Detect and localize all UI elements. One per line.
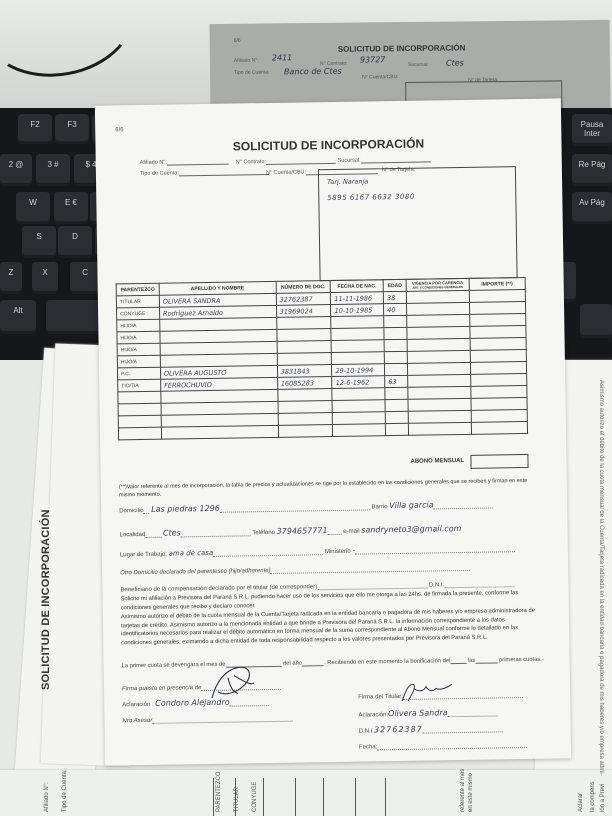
cell-doc[interactable] xyxy=(278,413,333,426)
bonus-field[interactable] xyxy=(450,657,466,664)
cell-vig[interactable] xyxy=(407,302,470,315)
cell-age[interactable] xyxy=(384,339,407,351)
first-fee-suffix: primeras cuotas.- xyxy=(499,657,544,664)
col-numero-doc: NÚMERO DE DOC. xyxy=(276,281,331,294)
titular-dni-label: D.N.I. xyxy=(359,728,374,734)
key xyxy=(46,300,102,334)
trabajo-label: Lugar de Trabajo: xyxy=(120,552,167,559)
key: Alt xyxy=(0,300,36,334)
side-text-right: Asimismo autorizo el débito de la cuota … xyxy=(598,380,604,776)
card-type-value: Tarj. Naranja xyxy=(327,177,368,186)
bg-sucursal-value: Ctes xyxy=(446,58,464,67)
sucursal-label: Sucursal: xyxy=(338,158,361,164)
trabajo-value[interactable]: ama de casa xyxy=(169,549,214,558)
cell-vig[interactable] xyxy=(408,374,471,387)
witness-aclaracion-label: Aclaración : xyxy=(122,702,153,708)
trabajo-row: Lugar de Trabajo: ama de casa Ministerio… xyxy=(120,543,535,559)
telefono-value[interactable]: 3794657771 xyxy=(277,526,328,536)
asesor-field[interactable]: Nro Asesor xyxy=(122,715,292,725)
bg-afiliado-value: 2411 xyxy=(272,53,292,62)
cell-birth[interactable] xyxy=(332,352,385,365)
side-form-title: SOLICITUD DE INCORPORACIÓN xyxy=(40,509,52,690)
beneficiario-dni-label: D.N.I. xyxy=(429,582,444,588)
cell-doc[interactable] xyxy=(277,353,332,366)
bonus-text: Recibiendo en este momento la bonificaci… xyxy=(327,658,450,666)
key: F3 xyxy=(55,114,89,144)
bg-tipo-cuenta-label: Tipo de Cuenta: xyxy=(234,69,269,75)
cell-age[interactable] xyxy=(384,315,407,327)
key: 3 # xyxy=(36,154,70,186)
cell-rel: HIJO/A xyxy=(117,355,160,368)
side-text: TITULAR xyxy=(234,787,240,812)
cell-age[interactable] xyxy=(384,351,407,363)
cell-imp[interactable] xyxy=(470,325,526,338)
cell-age[interactable] xyxy=(385,363,408,375)
cell-rel: P.C. xyxy=(117,367,160,380)
card-number-box[interactable]: Tarj. Naranja 5895 6167 6632 3080 xyxy=(318,166,518,281)
abono-mensual-label: ABONO MENSUAL xyxy=(410,458,464,465)
cell-rel: HIJO/A xyxy=(117,343,160,356)
cell-birth[interactable] xyxy=(333,412,386,425)
incorporation-form: 6/6 SOLICITUD DE INCORPORACIÓN Afiliado … xyxy=(95,98,571,765)
cell-age[interactable] xyxy=(385,411,408,423)
key: Av Pág xyxy=(572,192,612,224)
titular-aclaracion-value: Olivera Sandra xyxy=(388,708,448,718)
barrio-label: Barrio xyxy=(371,504,387,510)
cell-imp[interactable] xyxy=(470,349,526,362)
cell-imp[interactable] xyxy=(470,373,526,386)
debit-authorization-paragraph: Asimismo autorizo el débito de la cuota … xyxy=(121,607,541,648)
cell-vig[interactable] xyxy=(407,338,470,351)
cell-vig[interactable] xyxy=(408,398,471,411)
form-title: SOLICITUD DE INCORPORACIÓN xyxy=(95,134,561,155)
cell-age[interactable]: 40 xyxy=(384,303,407,315)
domicilio-row: Domicilio Las piedras 1296 Barrio Villa … xyxy=(119,499,534,515)
col-edad: EDAD xyxy=(383,279,406,291)
page-number: 6/6 xyxy=(115,127,123,133)
key: 2 @ xyxy=(0,154,32,186)
titular-aclaracion-field[interactable]: Aclaración:Olivera Sandra xyxy=(358,707,497,718)
year-label: del año xyxy=(283,661,302,667)
cell-vig[interactable] xyxy=(407,326,470,339)
cell-doc[interactable] xyxy=(277,329,332,342)
cell-doc[interactable]: 3831843 xyxy=(277,365,332,378)
col-parentezco: PARENTEZCO xyxy=(116,283,159,296)
tipo-cuenta-label: Tipo de Cuenta: xyxy=(140,170,179,177)
key: Pausa Inter xyxy=(572,114,612,146)
key: Re Pág xyxy=(572,154,612,186)
barrio-value[interactable]: Villa garcia xyxy=(389,500,434,510)
side-text: la compens xyxy=(590,781,596,812)
card-number-value: 5895 6167 6632 3080 xyxy=(327,193,415,202)
key: E € xyxy=(54,192,88,224)
email-label: e-mail xyxy=(343,529,359,535)
side-text: en este mismo xyxy=(468,773,474,812)
cell-vig[interactable] xyxy=(408,386,471,399)
side-text: Tipo de Cuenta: xyxy=(62,770,68,812)
side-text: referente al mes xyxy=(460,769,466,812)
cell-imp[interactable] xyxy=(471,409,527,422)
year-field[interactable] xyxy=(302,659,324,666)
cell-birth[interactable] xyxy=(332,388,385,401)
cell-rel: TIO/TIA xyxy=(118,379,161,392)
cell-doc[interactable]: 32762387 xyxy=(276,293,331,306)
sucursal-field[interactable]: Sucursal: xyxy=(338,155,431,163)
otro-domicilio-row[interactable]: Otro Domicilio declarado del parentesco … xyxy=(120,563,535,577)
col-importe: IMPORTE (**) xyxy=(469,277,525,290)
titular-dni-field[interactable]: D.N.I.32762387 xyxy=(359,723,503,734)
bg-page-num: 6/6 xyxy=(234,38,241,44)
key: W xyxy=(16,192,50,224)
las-label: las xyxy=(468,658,476,664)
localidad-label: Localidad xyxy=(120,532,146,538)
titular-aclaracion-label: Aclaración: xyxy=(358,712,388,718)
cell-doc[interactable] xyxy=(278,401,333,414)
cell-doc[interactable]: 16085283 xyxy=(277,377,332,390)
cell-vig[interactable] xyxy=(406,290,469,303)
col-fecha-nac: FECHA DE NAC. xyxy=(331,280,384,293)
cell-birth[interactable] xyxy=(332,340,385,353)
bg-sucursal-label: Sucursal: xyxy=(408,62,429,68)
cell-rel: CONYUGE xyxy=(117,307,160,320)
key: X xyxy=(32,262,58,294)
members-table: PARENTEZCO APELLIDO Y NOMBRE NÚMERO DE D… xyxy=(116,277,528,440)
afiliado-label: Afiliado N°: xyxy=(140,160,167,166)
side-text: Afiliado N°: xyxy=(44,782,50,812)
witness-signature-scribble xyxy=(204,663,265,702)
col-vigencia: VIGENCIA POR CARENCIAART. 4 CONDICIONES … xyxy=(406,278,469,291)
cell-birth[interactable] xyxy=(331,328,384,341)
cell-vig[interactable] xyxy=(407,362,470,375)
side-text: PARENTEZCO xyxy=(216,771,222,812)
cuenta-cbu-label: N° Cuenta/CBU: xyxy=(266,169,306,176)
cell-imp[interactable] xyxy=(470,337,526,350)
key: S xyxy=(22,226,56,258)
cell-imp[interactable] xyxy=(470,361,526,374)
cell-imp[interactable] xyxy=(471,385,527,398)
fecha-field[interactable]: Fecha: xyxy=(359,741,527,751)
domicilio-value[interactable]: Las piedras 1296 xyxy=(151,504,220,514)
cell-imp[interactable] xyxy=(471,421,527,434)
localidad-row: Localidad Ctes Teléfono 3794657771 e-mai… xyxy=(120,523,535,539)
cell-age[interactable]: 63 xyxy=(385,375,408,387)
cell-doc[interactable]: 31969024 xyxy=(276,305,331,318)
bg-form-title: SOLICITUD DE INCORPORACIÓN xyxy=(338,43,466,53)
cell-age[interactable]: 38 xyxy=(383,291,406,303)
cell-vig[interactable] xyxy=(407,350,470,363)
side-text: ión a Previ xyxy=(600,784,606,812)
cell-birth[interactable] xyxy=(332,400,385,413)
cell-doc[interactable] xyxy=(278,425,333,438)
cell-birth[interactable] xyxy=(333,424,386,437)
bg-tipo-cuenta-value: Banco de Ctes xyxy=(284,67,342,77)
cell-birth[interactable]: 12-6-1962 xyxy=(332,376,385,389)
asesor-label: Nro Asesor xyxy=(122,718,152,724)
cell-rel: TITULAR xyxy=(116,295,159,308)
titular-dni-value: 32762387 xyxy=(374,725,423,735)
cell-birth[interactable]: 10-10-1985 xyxy=(331,304,384,317)
cell-vig[interactable] xyxy=(408,422,471,435)
side-text: CONYUGE xyxy=(252,782,258,812)
cell-rel xyxy=(118,415,161,428)
cell-doc[interactable] xyxy=(276,317,331,330)
contrato-label: N° Contrato: xyxy=(236,159,266,165)
cell-doc[interactable] xyxy=(277,389,332,402)
cell-imp[interactable] xyxy=(469,313,525,326)
localidad-value[interactable]: Ctes xyxy=(163,528,181,537)
cuotas-field[interactable] xyxy=(475,656,497,663)
telefono-label: Teléfono xyxy=(252,530,275,536)
email-value[interactable]: sandryneto3@gmail.com xyxy=(361,524,461,535)
cell-age[interactable] xyxy=(385,399,408,411)
cell-age[interactable] xyxy=(386,423,409,435)
bg-contrato-value: 93727 xyxy=(360,55,386,64)
bg-afiliado-label: Afiliado N°: xyxy=(234,58,259,64)
ministerio-label: Ministerio xyxy=(325,549,351,555)
cell-doc[interactable] xyxy=(277,341,332,354)
first-fee-row: La primer cuota se devengara el mes de d… xyxy=(122,656,537,670)
cell-name[interactable] xyxy=(161,425,278,439)
key: C xyxy=(70,262,100,294)
cell-rel xyxy=(118,391,161,404)
bg-cuenta-label: N° Cuenta/CBU: xyxy=(362,74,399,80)
cell-vig[interactable] xyxy=(407,314,470,327)
cell-age[interactable] xyxy=(385,387,408,399)
titular-signature-scribble xyxy=(396,678,456,705)
key: D xyxy=(58,226,92,258)
contrato-field[interactable]: N° Contrato: xyxy=(236,157,336,166)
witness-label: Firma puesta en presencia de xyxy=(122,685,201,692)
cell-age[interactable] xyxy=(384,327,407,339)
cell-imp[interactable] xyxy=(469,301,525,314)
key: F2 xyxy=(18,114,52,144)
price-note: (**)Valor referente al mes de incorporac… xyxy=(119,477,529,499)
cell-birth[interactable] xyxy=(331,316,384,329)
cell-rel xyxy=(118,403,161,416)
cell-imp[interactable] xyxy=(471,397,527,410)
key: Z xyxy=(0,262,22,294)
fecha-label: Fecha: xyxy=(359,744,377,750)
cell-vig[interactable] xyxy=(408,410,471,423)
key xyxy=(580,304,612,338)
domicilio-label: Domicilio xyxy=(119,508,143,514)
cell-imp[interactable] xyxy=(469,289,525,302)
abono-mensual-field[interactable] xyxy=(470,454,528,469)
tipo-cuenta-field[interactable]: Tipo de Cuenta: xyxy=(140,168,269,177)
cell-birth[interactable]: 11-11-1986 xyxy=(331,292,384,305)
cell-rel: HIJO/A xyxy=(117,331,160,344)
otro-domicilio-label: Otro Domicilio declarado del parentesco … xyxy=(120,568,270,576)
cell-rel xyxy=(118,427,161,440)
cell-birth[interactable]: 29-10-1994 xyxy=(332,364,385,377)
cell-rel: HIJO/A xyxy=(117,319,160,332)
afiliado-field[interactable]: Afiliado N°: xyxy=(140,158,229,166)
side-text: Aclarar xyxy=(578,793,584,812)
